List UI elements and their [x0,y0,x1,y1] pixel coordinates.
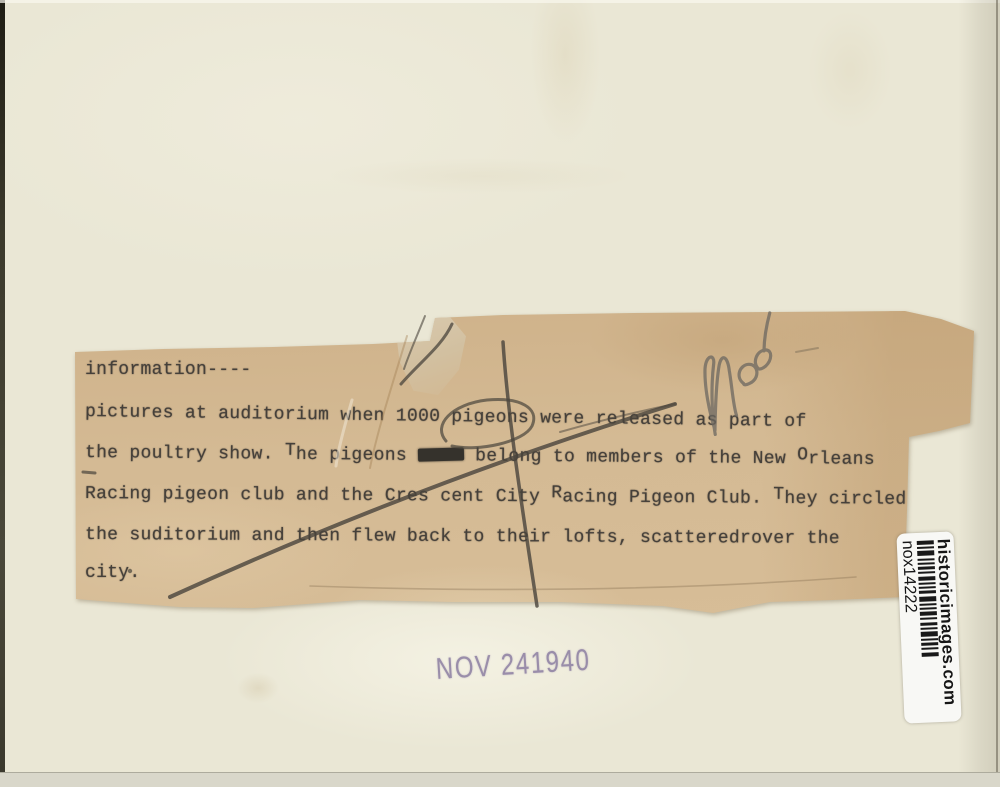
inventory-label: historicimages.com nox14222 [896,531,961,723]
torn-paper-patch [396,311,466,395]
caption-line: the suditorium and then flew back to the… [85,525,840,549]
photo-back-scan: information----pictures at auditorium wh… [0,0,1000,787]
caption-line: pictures at auditorium when 1000 pigeons… [85,402,807,432]
caption-line: the poultry show. The pigeons belong to … [85,443,875,470]
caption-strip: information----pictures at auditorium wh… [73,310,975,618]
caption-line: city. [85,563,141,583]
caption-line: Racing pigeon club and the Cres cent Cit… [85,484,907,510]
caption-line: information---- [85,360,252,380]
redaction-mark [418,448,464,462]
